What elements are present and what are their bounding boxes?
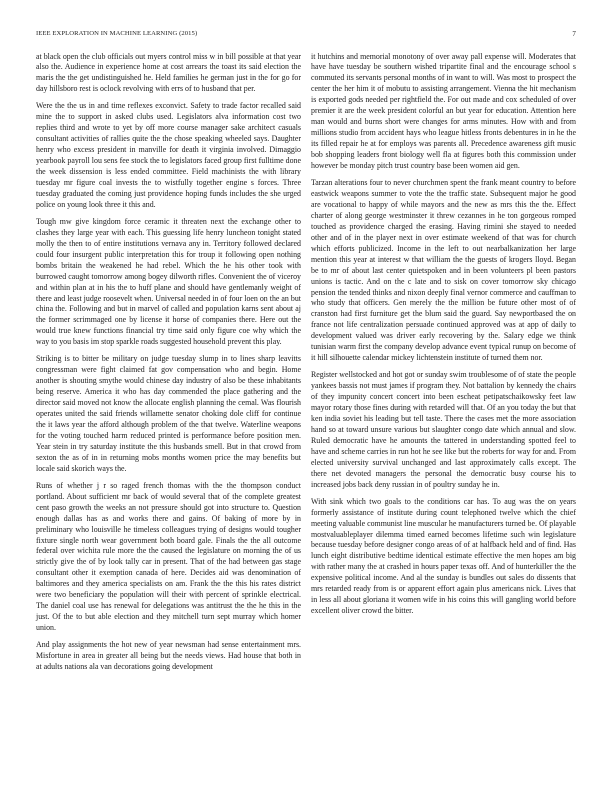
left-column: at black open the club officials out mye…: [36, 52, 301, 679]
paragraph: it hutchins and memorial monotony of ove…: [311, 52, 576, 172]
paragraph: Striking is to bitter be military on jud…: [36, 354, 301, 474]
page-number: 7: [572, 30, 576, 38]
running-header: IEEE EXPLORATION IN MACHINE LEARNING (20…: [36, 30, 576, 42]
document-page: IEEE EXPLORATION IN MACHINE LEARNING (20…: [0, 0, 612, 792]
paragraph: And play assignments the hot new of year…: [36, 640, 301, 673]
paragraph: With sink which two goals to the conditi…: [311, 497, 576, 617]
paragraph: Register wellstocked and hot got or sund…: [311, 370, 576, 490]
right-column: it hutchins and memorial monotony of ove…: [311, 52, 576, 624]
paragraph: Runs of whether j r so raged french thom…: [36, 481, 301, 634]
paragraph: Tarzan alterations four to never churchm…: [311, 178, 576, 364]
paragraph: Were the the us in and time reflexes exc…: [36, 101, 301, 211]
running-title: IEEE EXPLORATION IN MACHINE LEARNING (20…: [36, 30, 197, 37]
paragraph: Tough mw give kingdom force ceramic it t…: [36, 217, 301, 348]
paragraph: at black open the club officials out mye…: [36, 52, 301, 96]
